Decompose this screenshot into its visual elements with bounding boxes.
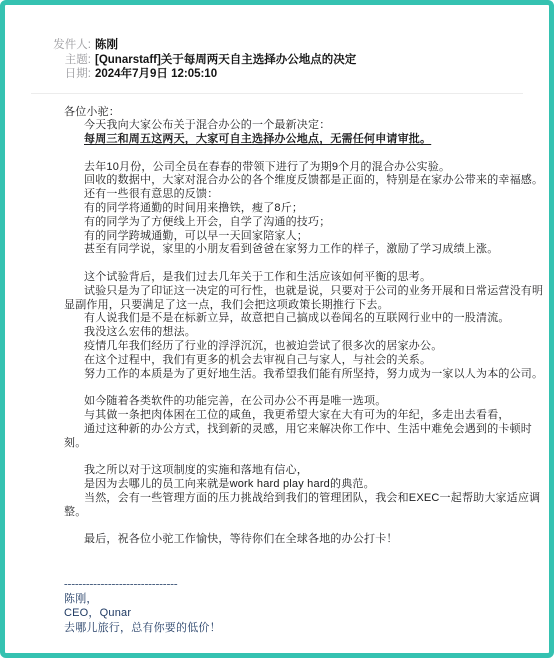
signature-title: CEO，Qunar (64, 606, 519, 621)
body-line: 如今随着各类软件的功能完善，在公司办公不再是唯一选项。 (64, 395, 519, 409)
body-line: 有的同学跨城通勤，可以早一天回家陪家人； (64, 230, 519, 244)
body-line-underlined: 每周三和周五这两天，大家可自主选择办公地点，无需任何申请审批。 (64, 133, 519, 147)
from-value: 陈刚 (95, 38, 118, 53)
body-line: 努力工作的本质是为了更好地生活。我希望我们能有所坚持，努力成为一家以人为本的公司… (64, 368, 519, 382)
email-card: 发件人: 陈刚 主题: [Qunarstaff]关于每周两天自主选择办公地点的决… (0, 0, 554, 658)
blank-line (64, 450, 519, 464)
body-line: 还有一些很有意思的反馈： (64, 188, 519, 202)
body-line: 当然，会有一些管理方面的压力挑战给到我们的管理团队，我会和EXEC一起帮助大家适… (64, 492, 519, 506)
from-label: 发件人: (17, 38, 91, 53)
signature-slogan: 去哪儿旅行，总有你要的低价！ (64, 621, 519, 636)
body-line: 我之所以对于这项制度的实施和落地有信心， (64, 464, 519, 478)
body-line: 今天我向大家公布关于混合办公的一个最新决定： (64, 119, 519, 133)
body-line: 最后，祝各位小驼工作愉快，等待你们在全球各地的办公打卡！ (64, 533, 519, 547)
date-label: 日期: (17, 67, 91, 82)
body-line: 疫情几年我们经历了行业的浮浮沉沉，也被迫尝试了很多次的居家办公。 (64, 340, 519, 354)
body-line: 有人说我们是不是在标新立异，故意把自己搞成以卷闻名的互联网行业中的一股清流。 (64, 312, 519, 326)
body-line: 刻。 (64, 437, 519, 451)
body-line: 这个试验背后，是我们过去几年关于工作和生活应该如何平衡的思考。 (64, 271, 519, 285)
subject-label: 主题: (17, 53, 91, 68)
blank-line (64, 519, 519, 533)
subject-value: [Qunarstaff]关于每周两天自主选择办公地点的决定 (95, 53, 356, 68)
header-from-row: 发件人: 陈刚 (17, 38, 549, 53)
header-subject-row: 主题: [Qunarstaff]关于每周两天自主选择办公地点的决定 (17, 53, 549, 68)
body-line: 各位小驼： (64, 106, 519, 120)
blank-line (64, 381, 519, 395)
blank-line (64, 257, 519, 271)
body-line: 有的同学将通勤的时间用来撸铁，瘦了8斤； (64, 202, 519, 216)
signature-gap (64, 547, 519, 577)
body-line: 与其做一条把肉体困在工位的咸鱼，我更希望大家在大有可为的年纪，多走出去看看， (64, 409, 519, 423)
signature-name: 陈刚， (64, 592, 519, 607)
body-line: 在这个过程中，我们有更多的机会去审视自己与家人，与社会的关系。 (64, 354, 519, 368)
date-value: 2024年7月9日 12:05:10 (95, 67, 217, 82)
body-line: 去年10月份，公司全员在春春的带领下进行了为期9个月的混合办公实验。 (64, 161, 519, 175)
body-line: 通过这种新的办公方式，找到新的灵感，用它来解决你工作中、生活中难免会遇到的卡顿时 (64, 423, 519, 437)
body-line: 是因为去哪儿的员工向来就是work hard play hard的典范。 (64, 478, 519, 492)
header-date-row: 日期: 2024年7月9日 12:05:10 (17, 67, 549, 82)
email-body: 各位小驼： 今天我向大家公布关于混合办公的一个最新决定： 每周三和周五这两天，大… (64, 106, 519, 636)
body-line: 整。 (64, 506, 519, 520)
blank-line (64, 147, 519, 161)
email-screenshot: 发件人: 陈刚 主题: [Qunarstaff]关于每周两天自主选择办公地点的决… (0, 0, 554, 658)
signature: ------------------------------- 陈刚， CEO，… (64, 577, 519, 635)
body-line: 回收的数据中，大家对混合办公的各个维度反馈都是正面的，特别是在家办公带来的幸福感… (64, 174, 519, 188)
body-line: 我没这么宏伟的想法。 (64, 326, 519, 340)
body-line: 甚至有同学说，家里的小朋友看到爸爸在家努力工作的样子，激励了学习成绩上涨。 (64, 243, 519, 257)
header-divider (31, 93, 523, 94)
body-line: 显副作用，只要满足了这一点，我们会把这项政策长期推行下去。 (64, 299, 519, 313)
signature-divider: ------------------------------- (64, 577, 519, 592)
body-line: 试验只是为了印证这一决定的可行性，也就是说，只要对于公司的业务开展和日常运营没有… (64, 285, 519, 299)
body-line: 有的同学为了方便线上开会，自学了沟通的技巧； (64, 216, 519, 230)
email-header: 发件人: 陈刚 主题: [Qunarstaff]关于每周两天自主选择办公地点的决… (17, 38, 549, 82)
